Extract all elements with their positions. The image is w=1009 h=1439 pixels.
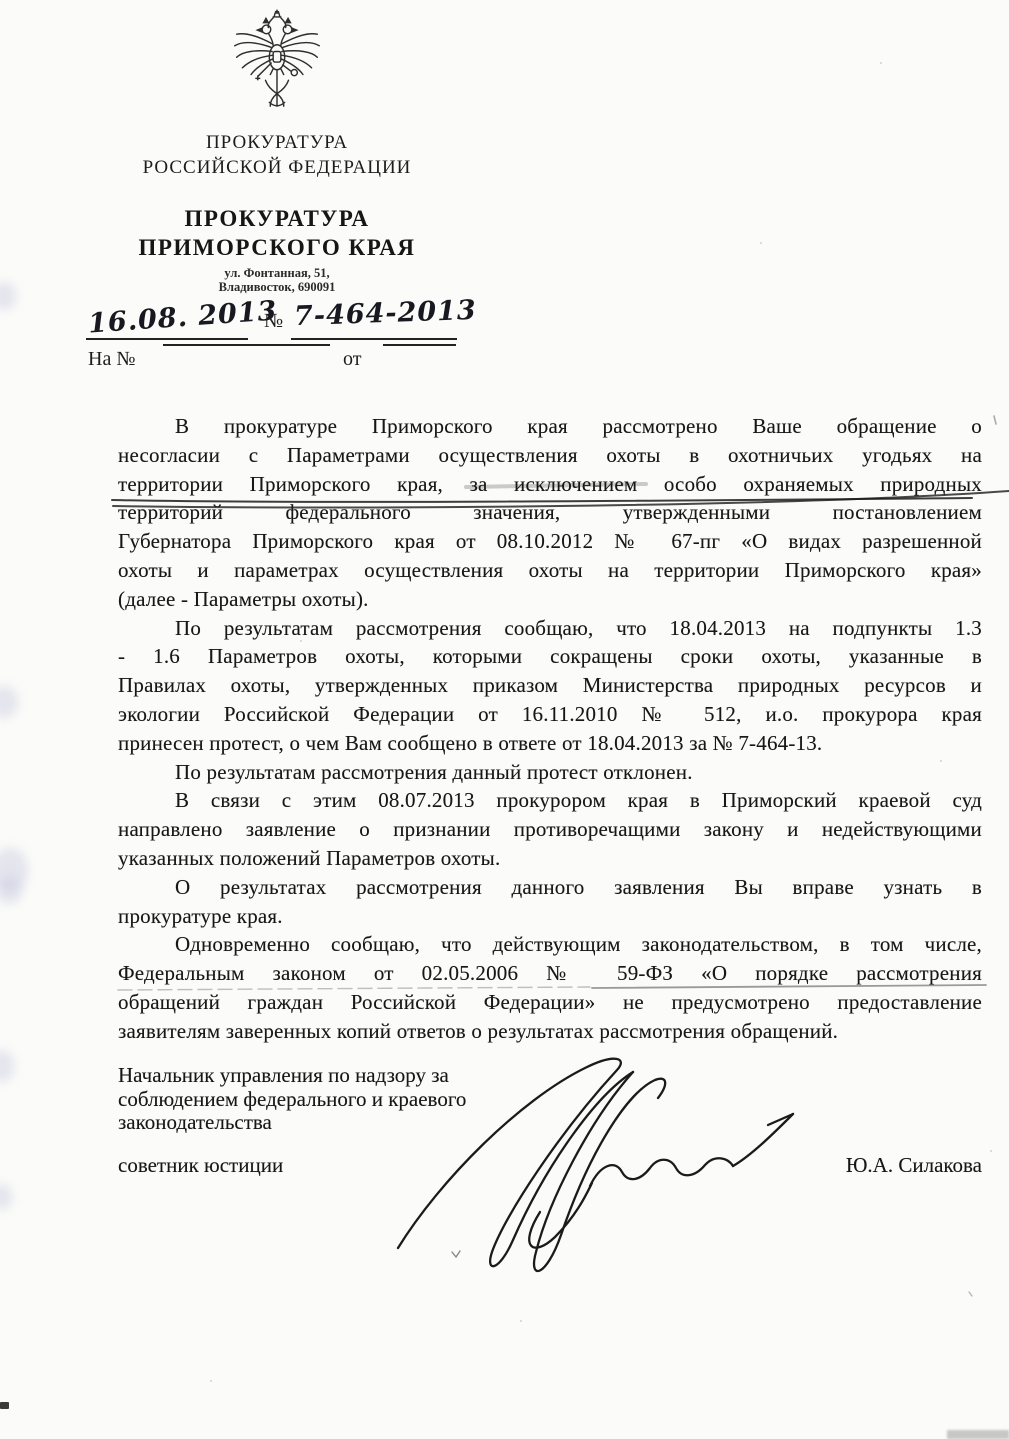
letter-body: В прокуратуре Приморского края рассмотре… — [118, 412, 982, 1046]
scan-smudge — [0, 1184, 12, 1210]
signatory-name: Ю.А. Силакова — [846, 1153, 982, 1178]
reply-to-label: На № — [88, 348, 135, 371]
org-country-line2: РОССИЙСКОЙ ФЕДЕРАЦИИ — [57, 155, 497, 180]
scan-mark — [969, 1292, 972, 1296]
body-line: В связи с этим 08.07.2013 прокурором кра… — [118, 786, 982, 815]
letterhead: ПРОКУРАТУРА РОССИЙСКОЙ ФЕДЕРАЦИИ ПРОКУРА… — [57, 8, 497, 294]
org-name-line1: ПРОКУРАТУРА — [57, 204, 497, 233]
scan-smudge — [0, 282, 16, 310]
paragraph: О результатах рассмотрения данного заявл… — [118, 873, 982, 931]
from-date-blank — [383, 344, 456, 346]
org-address-city: Владивосток, 690091 — [57, 280, 497, 294]
body-line: О результатах рассмотрения данного заявл… — [118, 873, 982, 902]
number-label: № — [264, 310, 283, 333]
body-line: охоты и параметрах осуществления охоты н… — [118, 556, 982, 585]
paragraph: В связи с этим 08.07.2013 прокурором кра… — [118, 786, 982, 872]
body-line: несогласии с Параметрами осуществления о… — [118, 441, 982, 470]
scan-smudge — [0, 1050, 14, 1082]
scan-smudge — [0, 686, 18, 718]
body-line: заявителям заверенных копий ответов о ре… — [118, 1017, 982, 1046]
speck — [520, 1320, 522, 1322]
scan-mark — [994, 416, 996, 424]
paragraph: По результатам рассмотрения данный проте… — [118, 758, 982, 787]
handwritten-outgoing-number: 7-464-2013 — [294, 295, 478, 332]
signatory-title-line: Начальник управления по надзору за — [118, 1064, 982, 1088]
paragraph: Одновременно сообщаю, что действующим за… — [118, 930, 982, 1045]
body-line: - 1.6 Параметров охоты, которыми сокраще… — [118, 642, 982, 671]
body-line: территории Приморского края, за исключен… — [118, 470, 982, 499]
body-line: направлено заявление о признании противо… — [118, 815, 982, 844]
body-line: Федеральным законом от 02.05.2006 № 59-Ф… — [118, 959, 982, 988]
body-line: Правилах охоты, утвержденных приказом Ми… — [118, 671, 982, 700]
speck — [990, 1150, 992, 1152]
paragraph: В прокуратуре Приморского края рассмотре… — [118, 412, 982, 614]
body-line: Одновременно сообщаю, что действующим за… — [118, 930, 982, 959]
scan-smudge — [0, 876, 22, 904]
handwritten-date: 16.08. 2013 — [87, 295, 278, 339]
body-line: территорий федерального значения, утверж… — [118, 498, 982, 527]
reference-block: 16.08. 2013 № 7-464-2013 На № от — [86, 300, 476, 384]
body-line: указанных положений Параметров охоты. — [118, 844, 982, 873]
speck — [760, 242, 762, 244]
speck — [940, 760, 942, 762]
org-address-street: ул. Фонтанная, 51, — [57, 266, 497, 280]
paragraph: По результатам рассмотрения сообщаю, что… — [118, 614, 982, 758]
org-country-line1: ПРОКУРАТУРА — [57, 130, 497, 155]
signatory-title: Начальник управления по надзору засоблюд… — [118, 1064, 982, 1135]
scan-mark — [452, 1251, 460, 1257]
signatory-rank: советник юстиции — [118, 1153, 283, 1178]
signature-block: Начальник управления по надзору засоблюд… — [118, 1064, 982, 1178]
body-line: экологии Российской Федерации от 16.11.2… — [118, 700, 982, 729]
speck — [210, 1380, 212, 1382]
body-line: Губернатора Приморского края от 08.10.20… — [118, 527, 982, 556]
coat-of-arms-icon — [229, 8, 325, 118]
org-name-line2: ПРИМОРСКОГО КРАЯ — [57, 233, 497, 262]
from-date-label: от — [343, 348, 361, 371]
body-line: По результатам рассмотрения данный проте… — [118, 758, 982, 787]
signatory-title-line: законодательства — [118, 1111, 982, 1135]
speck — [300, 640, 302, 642]
signatory-title-line: соблюдением федерального и краевого — [118, 1088, 982, 1112]
body-line: обращений граждан Российской Федерации» … — [118, 988, 982, 1017]
scan-corner-mark — [0, 1402, 9, 1409]
body-line: В прокуратуре Приморского края рассмотре… — [118, 412, 982, 441]
body-line: принесен протест, о чем Вам сообщено в о… — [118, 729, 982, 758]
scan-edge-shadow — [947, 1430, 1009, 1439]
body-line: (далее - Параметры охоты). — [118, 585, 982, 614]
signature-row: советник юстиции Ю.А. Силакова — [118, 1153, 982, 1178]
reply-number-blank — [163, 344, 330, 346]
number-underline — [291, 338, 457, 340]
speck — [880, 62, 882, 64]
body-line: прокуратуре края. — [118, 902, 982, 931]
body-line: По результатам рассмотрения сообщаю, что… — [118, 614, 982, 643]
date-underline — [86, 338, 248, 340]
